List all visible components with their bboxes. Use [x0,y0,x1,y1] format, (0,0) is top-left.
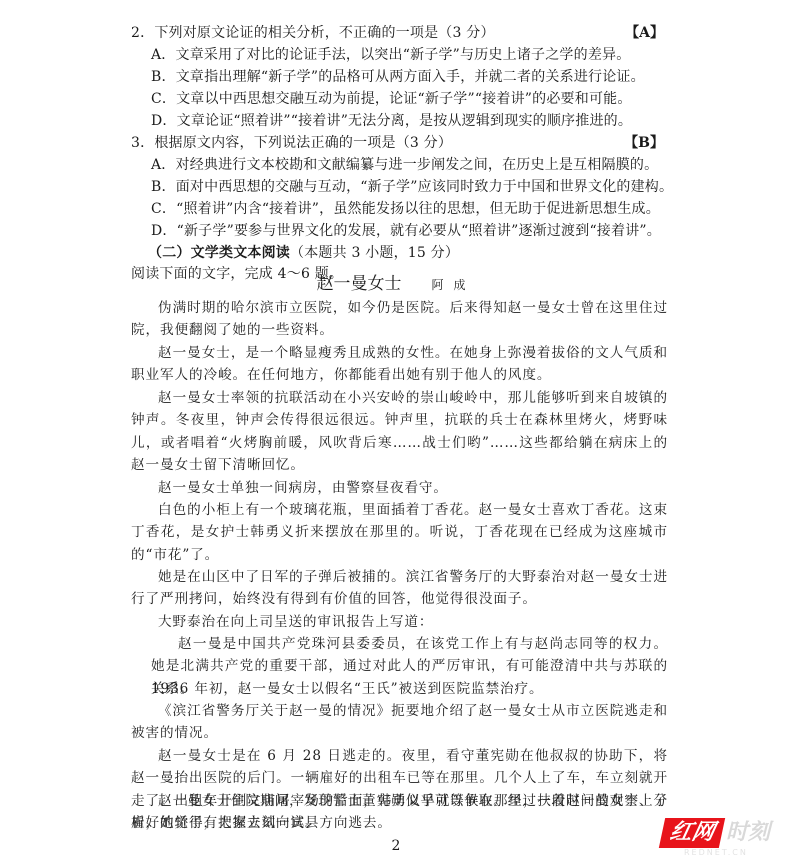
section-heading: （二）文学类文本阅读（本题共 3 小题，15 分） [148,242,459,264]
answer-badge: 【B】 [624,132,664,154]
question-2-stem: 2．下列对原文论证的相关分析，不正确的一项是（3 分） [131,22,495,44]
paragraph: 大野泰治在向上司呈送的审讯报告上写道： [131,611,668,633]
article-title: 赵一曼女士 [316,274,401,294]
paragraph: 伪满时期的哈尔滨市立医院，如今仍是医院。后来得知赵一曼女士曾在这里住过院，我便翻… [131,297,668,342]
question-number: 3． [131,135,154,151]
question-number: 2． [131,25,154,41]
paragraph: 赵一曼女士住院期间，发现警士董宪勋似乎可以争取。经过一段时间的观察、分析，她觉得… [131,790,668,835]
watermark-logo: 红网 时刻 REDNET.CN [662,818,790,860]
option-d: D．“新子学”要参与世界文化的发展，就有必要从“照着讲”逐渐过渡到“接着讲”。 [151,220,661,242]
option-b: B．文章指出理解“新子学”的品格可从两方面入手，并就二者的关系进行论证。 [151,66,645,88]
logo-gray-text: 时刻 [726,818,788,848]
question-3-stem: 3．根据原文内容，下列说法正确的一项是（3 分） [131,132,452,154]
logo-red-block: 红网 [659,818,725,848]
article-author: 阿成 [431,278,475,292]
section-title: （二）文学类文本阅读 [148,245,290,261]
exam-page: 2．下列对原文论证的相关分析，不正确的一项是（3 分） 【A】 A．文章采用了对… [0,0,792,863]
article-title-line: 赵一曼女士阿成 [0,272,792,297]
paragraph: 赵一曼女士率领的抗联活动在小兴安岭的崇山峻岭中，那儿能够听到来自坡镇的钟声。冬夜… [131,387,668,477]
paragraph: 赵一曼女士，是一个略显瘦秀且成熟的女性。在她身上弥漫着拔俗的文人气质和职业军人的… [131,342,668,387]
option-c: C．文章以中西思想交融互动为前提，论证“新子学”“接着讲”的必要和可能。 [151,88,632,110]
option-b: B．面对中西思想的交融与互动，“新子学”应该同时致力于中国和世界文化的建构。 [151,176,673,198]
option-d: D．文章论证“照着讲”“接着讲”无法分离，是按从逻辑到现实的顺序推进的。 [151,110,632,132]
paragraph: 《滨江省警务厅关于赵一曼的情况》扼要地介绍了赵一曼女士从市立医院逃走和被害的情况… [131,700,668,745]
logo-subtext: REDNET.CN [684,848,748,857]
answer-badge: 【A】 [625,22,664,44]
question-text: 根据原文内容，下列说法正确的一项是（3 分） [154,135,452,151]
report-quote: 1936 年初，赵一曼女士以假名“王氏”被送到医院监禁治疗。 [151,678,668,700]
option-a: A．文章采用了对比的论证手法，以突出“新子学”与历史上诸子之学的差异。 [151,44,630,66]
option-c: C．“照着讲”内含“接着讲”，虽然能发扬以往的思想，但无助于促进新思想生成。 [151,198,660,220]
paragraph: 赵一曼女士单独一间病房，由警察昼夜看守。 [131,477,668,499]
paragraph: 她是在山区中了日军的子弹后被捕的。滨江省警务厅的大野泰治对赵一曼女士进行了严刑拷… [131,566,668,611]
option-a: A．对经典进行文本校勘和文献编纂与进一步阐发之间，在历史上是互相隔膜的。 [151,154,658,176]
section-note: （本题共 3 小题，15 分） [290,245,459,261]
question-text: 下列对原文论证的相关分析，不正确的一项是（3 分） [154,25,494,41]
paragraph: 白色的小柜上有一个玻璃花瓶，里面插着丁香花。赵一曼女士喜欢丁香花。这束丁香花，是… [131,499,668,566]
